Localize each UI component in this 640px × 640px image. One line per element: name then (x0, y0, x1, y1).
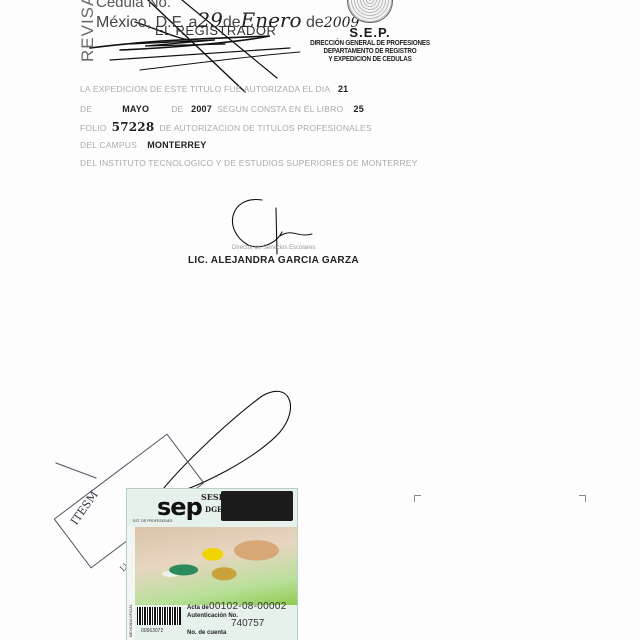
authorization-line-3: FOLIO 57228 DE AUTORIZACION DE TITULOS P… (80, 120, 372, 134)
signatory-name: LIC. ALEJANDRA GARCIA GARZA (188, 255, 359, 266)
static-text: LA EXPEDICION DE ESTE TITULO FUE AUTORIZ… (80, 84, 330, 94)
institute-line: DEL INSTITUTO TECNOLOGICO Y DE ESTUDIOS … (80, 158, 418, 168)
sep-title: S.E.P. (300, 25, 440, 40)
acta-label: Acta de (187, 605, 209, 611)
sticker-fine-print: EST. DE PROFESIONES (133, 519, 225, 523)
sep-hologram-sticker: SEP SESIC DGES EST. DE PROFESIONES MEXIC… (126, 488, 298, 640)
signatory-role: Director de Servicios Escolares (232, 245, 315, 251)
aztec-artwork (135, 527, 297, 605)
static-text: DE AUTORIZACION DE TITULOS PROFESIONALES (160, 123, 372, 133)
static-text: DEL CAMPUS (80, 140, 137, 150)
barcode (137, 607, 181, 625)
static-text: FOLIO (80, 123, 107, 133)
cuenta-label: No. de cuenta (187, 630, 226, 636)
sep-stamp: S.E.P. DIRECCIÓN GENERAL DE PROFESIONES … (300, 0, 440, 64)
registrador-label: EL REGISTRADOR (155, 23, 276, 38)
authorization-day: 21 (338, 84, 348, 94)
sep-logo: SEP (157, 493, 202, 521)
authorization-line-2: DEMAYODE 2007 SEGUN CONSTA EN EL LIBRO 2… (80, 104, 364, 114)
folio-number: 57228 (112, 120, 155, 134)
acta-value: 00102-08-00002 (209, 601, 287, 612)
authorization-book: 25 (354, 104, 364, 114)
crop-mark (414, 495, 421, 502)
crop-mark (579, 495, 586, 502)
sep-line: DIRECCIÓN GENERAL DE PROFESIONES (307, 40, 433, 48)
mexican-seal-icon (347, 0, 393, 23)
autenticacion-value: 740757 (231, 618, 264, 629)
authorization-year: 2007 (191, 104, 212, 114)
barcode-number: 00663072 (141, 628, 163, 634)
sticker-side-text: MEXICANA OFICIAL (129, 604, 133, 637)
sep-line: Y EXPEDICION DE CEDULAS (307, 56, 433, 64)
static-text: DE (171, 104, 183, 114)
hologram-eagle-icon (221, 491, 293, 521)
sep-line: DEPARTAMENTO DE REGISTRO (307, 48, 433, 56)
static-text: SEGUN CONSTA EN EL LIBRO (217, 104, 343, 114)
revisado-label: REVISADO (78, 0, 98, 62)
authorization-line-4: DEL CAMPUS MONTERREY (80, 140, 207, 150)
authorization-month: MAYO (122, 104, 149, 114)
authorization-line-1: LA EXPEDICION DE ESTE TITULO FUE AUTORIZ… (80, 84, 348, 94)
static-text: DE (80, 104, 92, 114)
campus-name: MONTERREY (147, 140, 206, 150)
